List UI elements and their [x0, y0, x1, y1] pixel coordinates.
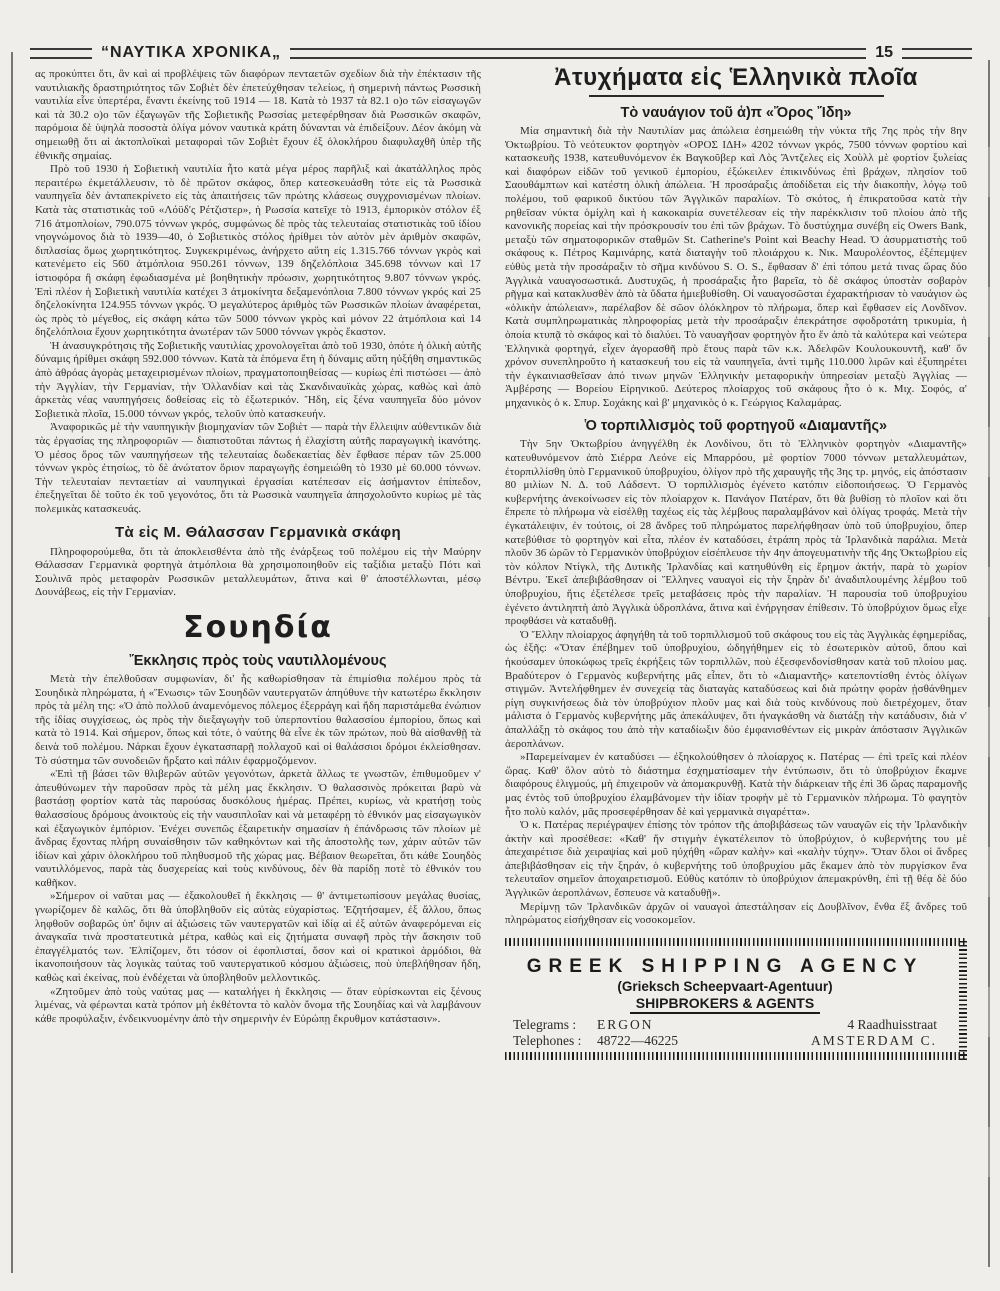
- ad-telephones-value: 48722—46225: [597, 1033, 678, 1048]
- section-subheading-appeal: Ἔκκλησις πρὸς τοὺς ναυτιλλομένους: [35, 653, 481, 669]
- ad-border-right: [959, 938, 967, 1060]
- paragraph: «Ἐπὶ τῇ βάσει τῶν θλιβερῶν αὐτῶν γεγονότ…: [35, 768, 481, 890]
- ad-telephones-line: Telephones :48722—46225: [513, 1033, 678, 1049]
- ad-tagline-text: SHIPBROKERS & AGENTS: [630, 995, 820, 1014]
- ad-title: GREEK SHIPPING AGENCY: [513, 956, 937, 978]
- ad-content: GREEK SHIPPING AGENCY (Grieksch Scheepva…: [509, 946, 941, 1053]
- paragraph: Ὁ Ἕλλην πλοίαρχος ἀφηγήθη τὰ τοῦ τορπιλλ…: [505, 629, 967, 751]
- ad-contact-block: Telegrams :ERGON Telephones :48722—46225: [513, 1017, 678, 1049]
- paragraph: Ἀναφορικῶς μὲ τὴν ναυπηγικὴν βιομηχανίαν…: [35, 421, 481, 516]
- paragraph: ας προκύπτει ὅτι, ἂν καὶ αἱ προβλέψεις τ…: [35, 68, 481, 163]
- ad-telegrams-line: Telegrams :ERGON: [513, 1017, 678, 1033]
- paragraph: Πληροφορούμεθα, ὅτι τὰ ἀποκλεισθέντα ἀπὸ…: [35, 546, 481, 600]
- ad-address-block: 4 Raadhuisstraat AMSTERDAM C.: [811, 1017, 937, 1049]
- section-heading-oros-idi: Τὸ ναυάγιον τοῦ ἀ)π «Ὄρος Ἴδη»: [505, 105, 967, 121]
- paragraph: «Ζητοῦμεν ἀπὸ τοὺς ναύτας μας — καταλήγε…: [35, 986, 481, 1027]
- masthead-rule-right: [902, 48, 972, 59]
- ad-telegrams-value: ERGON: [597, 1017, 654, 1032]
- paragraph: Μετὰ τὴν ἐπελθοῦσαν συμφωνίαν, δι' ἧς κα…: [35, 673, 481, 768]
- page-left-rule: [11, 52, 13, 1273]
- paragraph: Ἡ ἀνασυγκρότησις τῆς Σοβιετικῆς ναυτιλία…: [35, 340, 481, 422]
- magazine-page: “ΝΑΥΤΙΚΑ ΧΡΟΝΙΚΑ„ 15 ας προκύπτει ὅτι, ἂ…: [0, 0, 1000, 1291]
- section-heading-german-ships: Τὰ εἰς Μ. Θάλασσαν Γερμανικὰ σκάφη: [35, 524, 481, 541]
- paragraph: Τὴν 5ην Ὀκτωβρίου ἀνηγγέλθη ἐκ Λονδίνου,…: [505, 438, 967, 628]
- right-column: Ἀτυχήματα εἰς Ἑλληνικὰ πλοῖα Τὸ ναυάγιον…: [505, 64, 967, 1060]
- paragraph: Πρὸ τοῦ 1930 ἡ Σοβιετικὴ ναυτιλία ἦτο κα…: [35, 163, 481, 340]
- heading-underline-rule: [589, 95, 884, 97]
- masthead-rule-mid: [290, 48, 866, 59]
- ad-tagline: SHIPBROKERS & AGENTS: [513, 995, 937, 1011]
- ad-telegrams-label: Telegrams :: [513, 1017, 597, 1033]
- page-right-rule: [988, 60, 990, 1267]
- section-heading-diamantis: Ὁ τορπιλλισμὸς τοῦ φορτηγοῦ «Διαμαντῆς»: [505, 418, 967, 434]
- paragraph: »Παρεμείναμεν ἐν καταδύσει — ἐξηκολούθησ…: [505, 751, 967, 819]
- ad-address-city: AMSTERDAM C.: [811, 1033, 937, 1049]
- paragraph: Ὁ κ. Πατέρας περιέγραψεν ἐπίσης τὸν τρόπ…: [505, 819, 967, 901]
- advertisement-greek-shipping-agency: GREEK SHIPPING AGENCY (Grieksch Scheepva…: [505, 938, 967, 1060]
- ad-address-street: 4 Raadhuisstraat: [811, 1017, 937, 1033]
- masthead-rule-left: [30, 48, 92, 59]
- paragraph: Μερίμνῃ τῶν Ἰρλανδικῶν ἀρχῶν οἱ ναυαγοὶ …: [505, 901, 967, 928]
- ad-border-bottom: [505, 1052, 967, 1060]
- section-heading-sweden: Σουηδία: [35, 610, 481, 645]
- masthead: “ΝΑΥΤΙΚΑ ΧΡΟΝΙΚΑ„ 15: [30, 44, 972, 62]
- article-heading-accidents: Ἀτυχήματα εἰς Ἑλληνικὰ πλοῖα: [505, 64, 967, 92]
- ad-border-top: [505, 938, 967, 946]
- ad-telephones-label: Telephones :: [513, 1033, 597, 1049]
- magazine-title: “ΝΑΥΤΙΚΑ ΧΡΟΝΙΚΑ„: [101, 44, 281, 62]
- left-column: ας προκύπτει ὅτι, ἂν καὶ αἱ προβλέψεις τ…: [35, 68, 481, 1026]
- ad-subtitle: (Grieksch Scheepvaart-Agentuur): [513, 979, 937, 994]
- page-number: 15: [875, 44, 893, 62]
- paragraph: »Σήμερον οἱ ναῦται μας — ἐξακολουθεῖ ἡ ἔ…: [35, 890, 481, 985]
- paragraph: Μία σημαντικὴ διὰ τὴν Ναυτιλίαν μας ἀπώλ…: [505, 125, 967, 410]
- ad-footer: Telegrams :ERGON Telephones :48722—46225…: [513, 1017, 937, 1049]
